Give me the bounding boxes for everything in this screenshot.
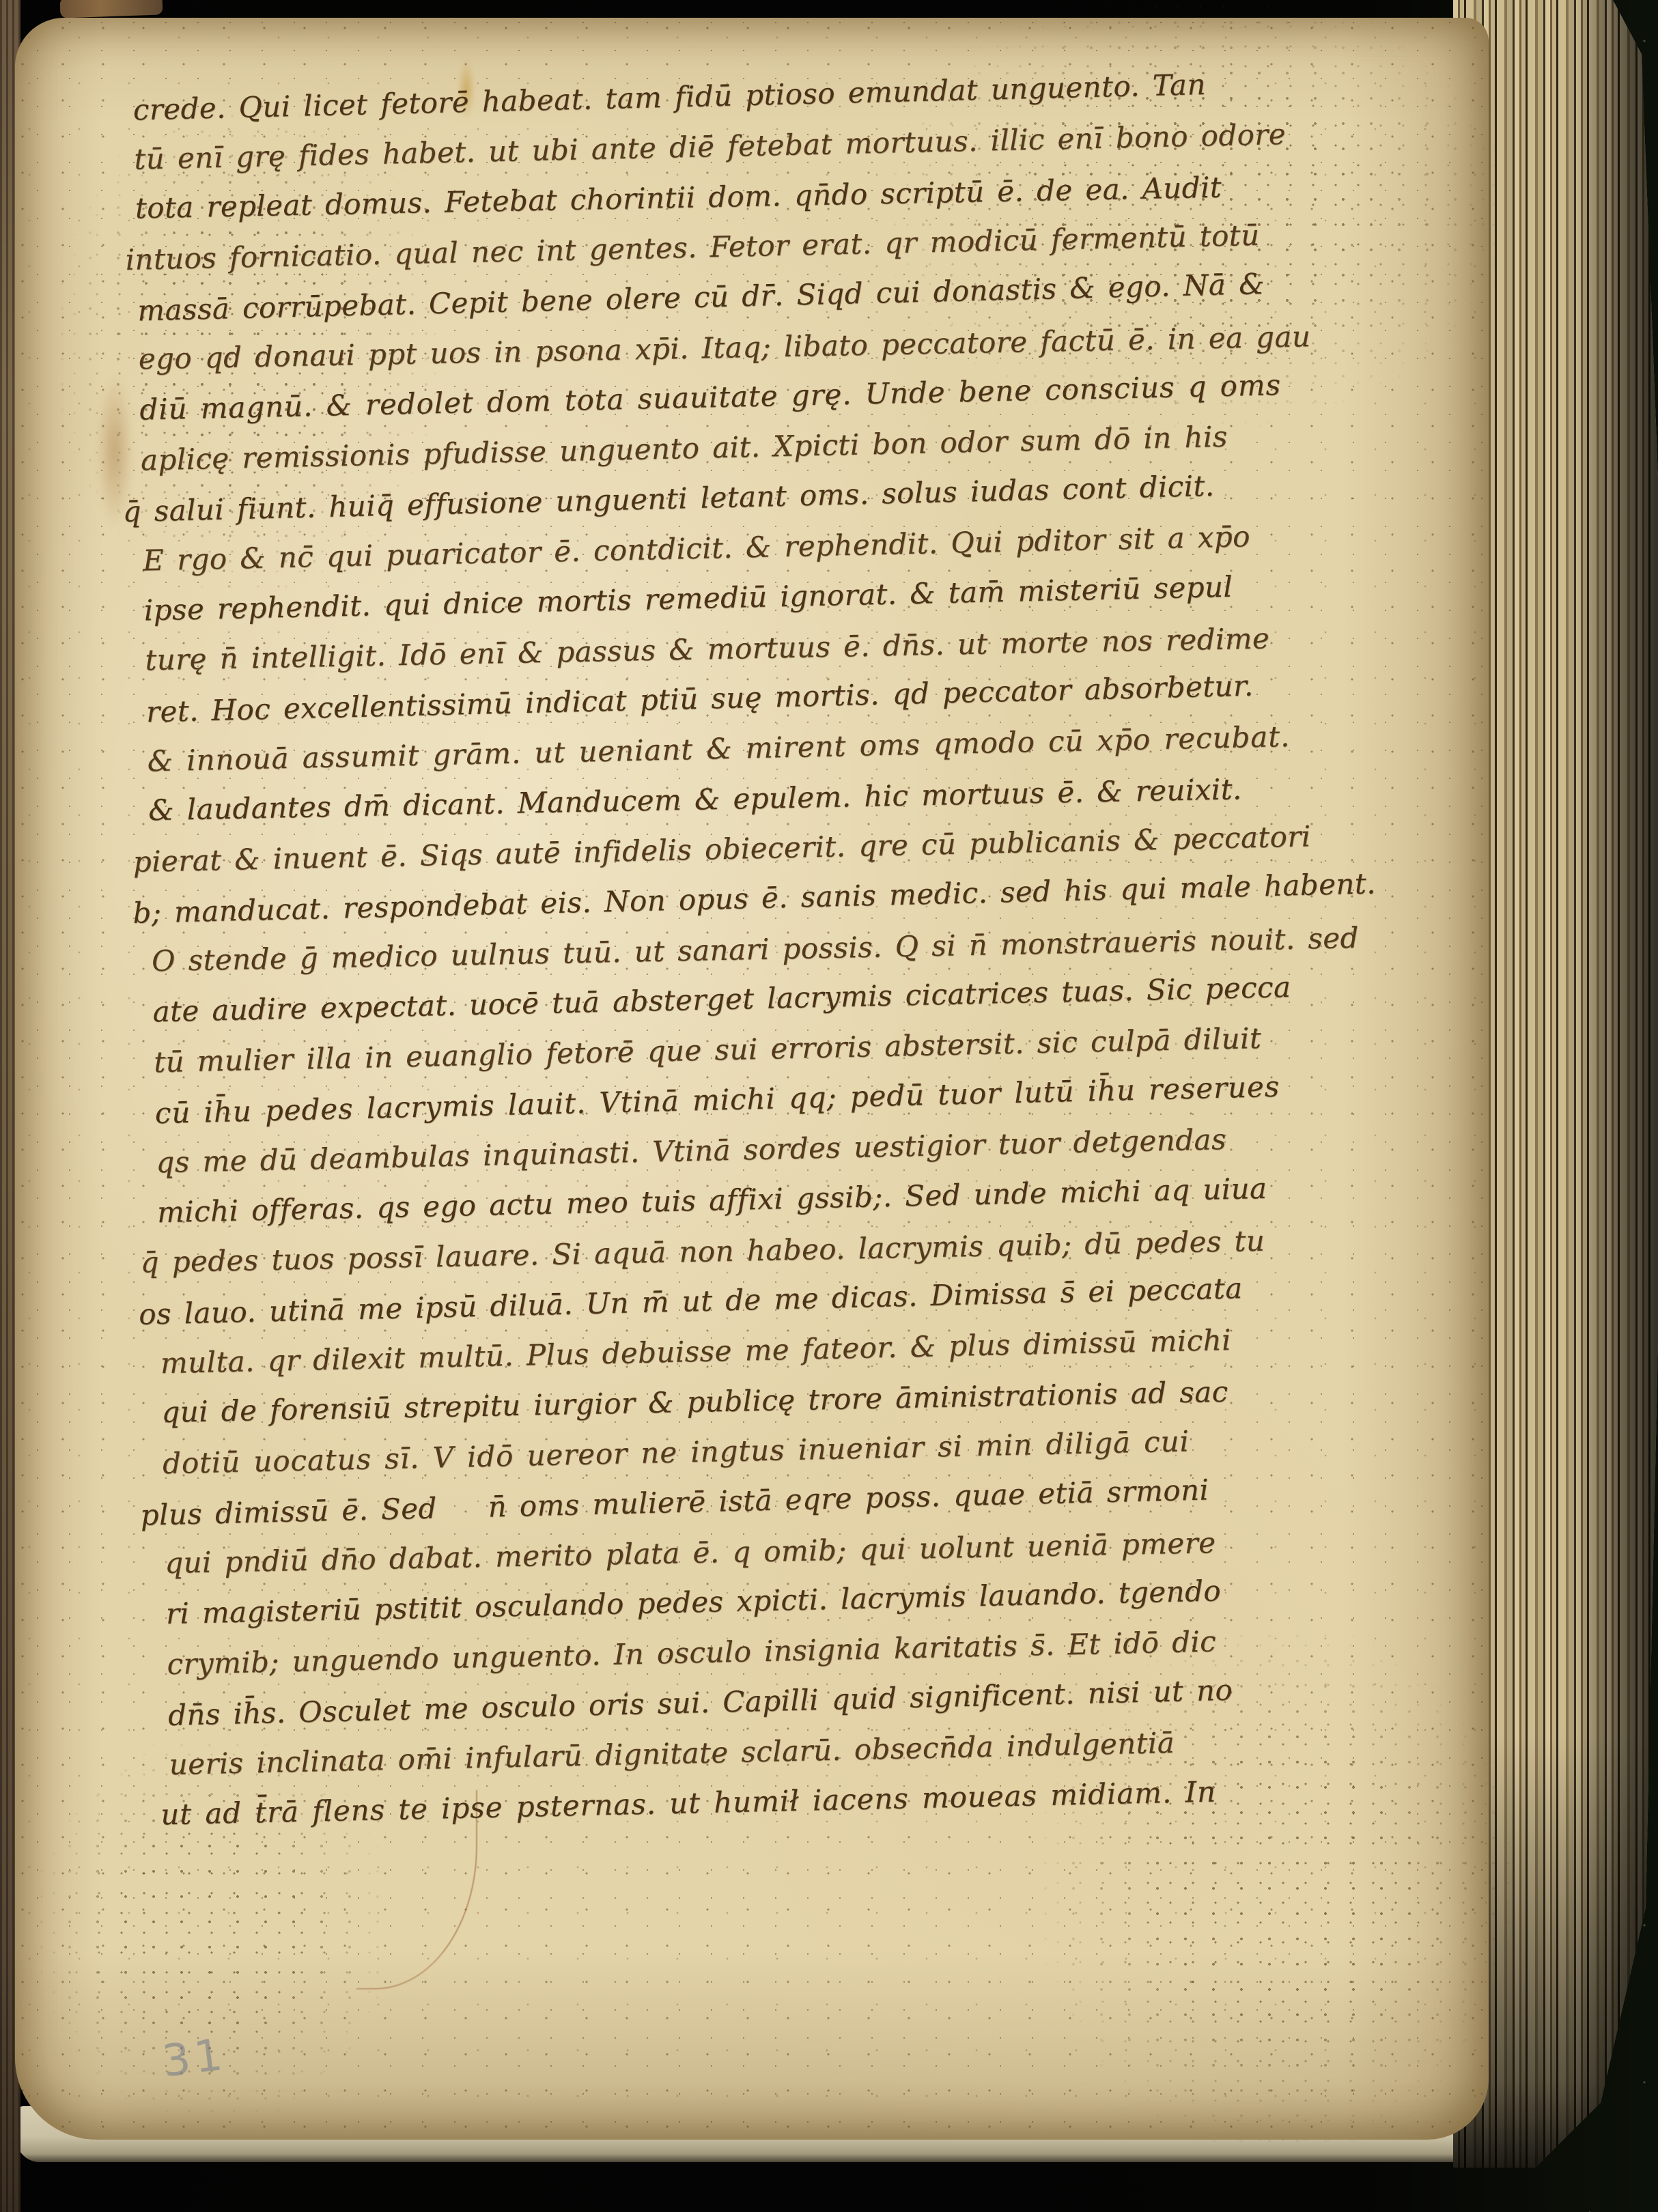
manuscript-photo: crede. Qui licet fetorē habeat. tam fidū… bbox=[0, 0, 1658, 2212]
text-block: crede. Qui licet fetorē habeat. tam fidū… bbox=[132, 57, 1393, 1840]
parchment-page: crede. Qui licet fetorē habeat. tam fidū… bbox=[15, 18, 1489, 2140]
headband bbox=[60, 0, 163, 18]
folio-number: 31 bbox=[160, 2030, 229, 2088]
